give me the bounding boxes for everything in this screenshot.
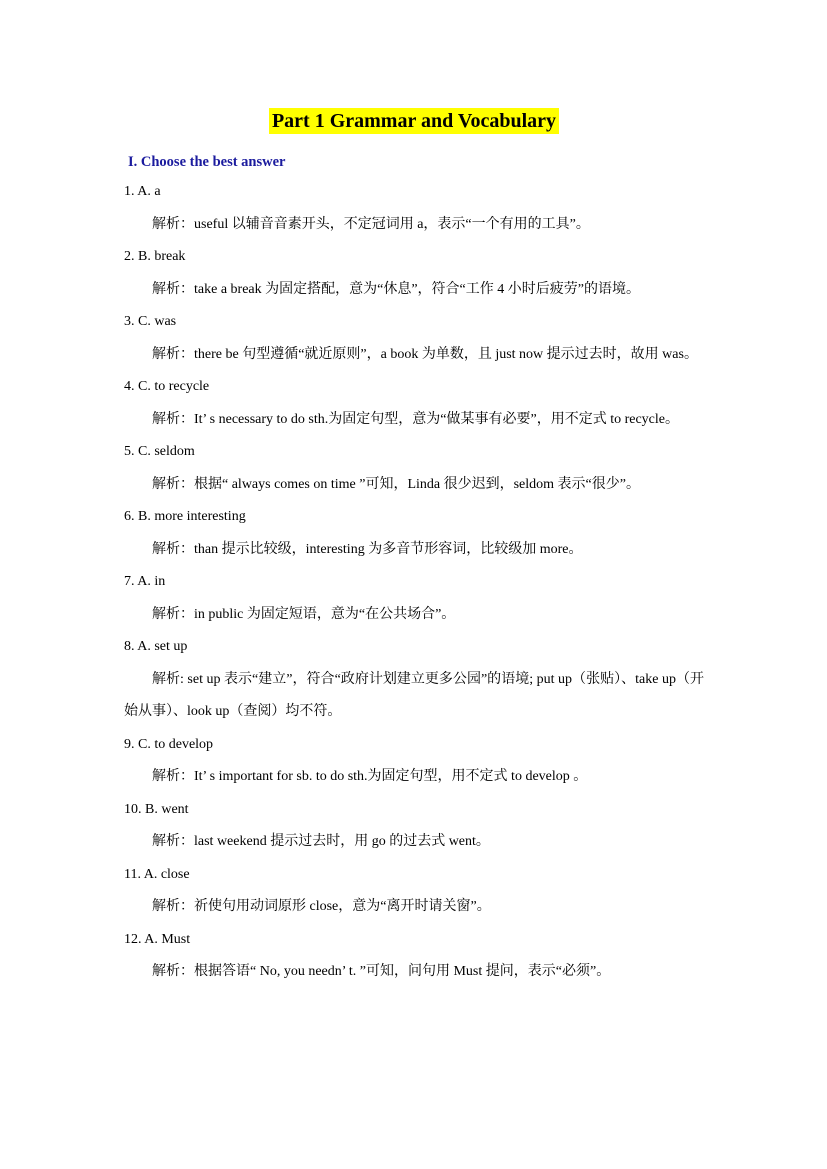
answer-line: 6. B. more interesting [124, 501, 704, 534]
answer-line: 11. A. close [124, 859, 704, 892]
explanation-paragraph: 解析：根据答语“ No, you needn’ t. ”可知，问句用 Must … [124, 956, 704, 989]
page-title: Part 1 Grammar and Vocabulary [124, 108, 704, 135]
highlighted-title-text: Part 1 Grammar and Vocabulary [269, 108, 559, 134]
answer-item: 11. A. close 解析：祈使句用动词原形 close，意为“离开时请关窗… [124, 859, 704, 924]
answer-line: 1. A. a [124, 176, 704, 209]
answer-line: 2. B. break [124, 241, 704, 274]
explanation-paragraph: 解析：It’ s necessary to do sth.为固定句型，意为“做某… [124, 404, 704, 437]
answer-item: 4. C. to recycle 解析：It’ s necessary to d… [124, 371, 704, 436]
explanation-paragraph: 解析：祈使句用动词原形 close，意为“离开时请关窗”。 [124, 891, 704, 924]
section-heading: I. Choose the best answer [128, 152, 704, 172]
answer-item: 1. A. a 解析：useful 以辅音音素开头，不定冠词用 a，表示“一个有… [124, 176, 704, 241]
answer-item: 5. C. seldom 解析：根据“ always comes on time… [124, 436, 704, 501]
answer-item: 2. B. break 解析：take a break 为固定搭配，意为“休息”… [124, 241, 704, 306]
answer-item: 9. C. to develop 解析：It’ s important for … [124, 729, 704, 794]
document-page: Part 1 Grammar and Vocabulary I. Choose … [0, 0, 827, 1169]
answer-line: 3. C. was [124, 306, 704, 339]
answer-line: 12. A. Must [124, 924, 704, 957]
explanation-paragraph: 解析：in public 为固定短语，意为“在公共场合”。 [124, 599, 704, 632]
explanation-paragraph: 解析：take a break 为固定搭配，意为“休息”，符合“工作 4 小时后… [124, 274, 704, 307]
answer-item: 6. B. more interesting 解析：than 提示比较级，int… [124, 501, 704, 566]
answer-line: 5. C. seldom [124, 436, 704, 469]
answer-line: 10. B. went [124, 794, 704, 827]
answer-item: 7. A. in 解析：in public 为固定短语，意为“在公共场合”。 [124, 566, 704, 631]
explanation-paragraph: 解析：useful 以辅音音素开头，不定冠词用 a，表示“一个有用的工具”。 [124, 209, 704, 242]
explanation-paragraph: 解析：there be 句型遵循“就近原则”，a book 为单数，且 just… [124, 339, 704, 372]
answer-list: 1. A. a 解析：useful 以辅音音素开头，不定冠词用 a，表示“一个有… [124, 176, 704, 989]
answer-line: 4. C. to recycle [124, 371, 704, 404]
answer-item: 8. A. set up 解析: set up 表示“建立”，符合“政府计划建立… [124, 631, 704, 729]
explanation-paragraph: 解析: set up 表示“建立”，符合“政府计划建立更多公园”的语境; put… [124, 664, 704, 729]
answer-item: 12. A. Must 解析：根据答语“ No, you needn’ t. ”… [124, 924, 704, 989]
answer-line: 9. C. to develop [124, 729, 704, 762]
answer-item: 10. B. went 解析：last weekend 提示过去时，用 go 的… [124, 794, 704, 859]
answer-line: 8. A. set up [124, 631, 704, 664]
answer-item: 3. C. was 解析：there be 句型遵循“就近原则”，a book … [124, 306, 704, 371]
answer-line: 7. A. in [124, 566, 704, 599]
explanation-paragraph: 解析：根据“ always comes on time ”可知，Linda 很少… [124, 469, 704, 502]
explanation-paragraph: 解析：than 提示比较级，interesting 为多音节形容词，比较级加 m… [124, 534, 704, 567]
explanation-paragraph: 解析：It’ s important for sb. to do sth.为固定… [124, 761, 704, 794]
explanation-paragraph: 解析：last weekend 提示过去时，用 go 的过去式 went。 [124, 826, 704, 859]
